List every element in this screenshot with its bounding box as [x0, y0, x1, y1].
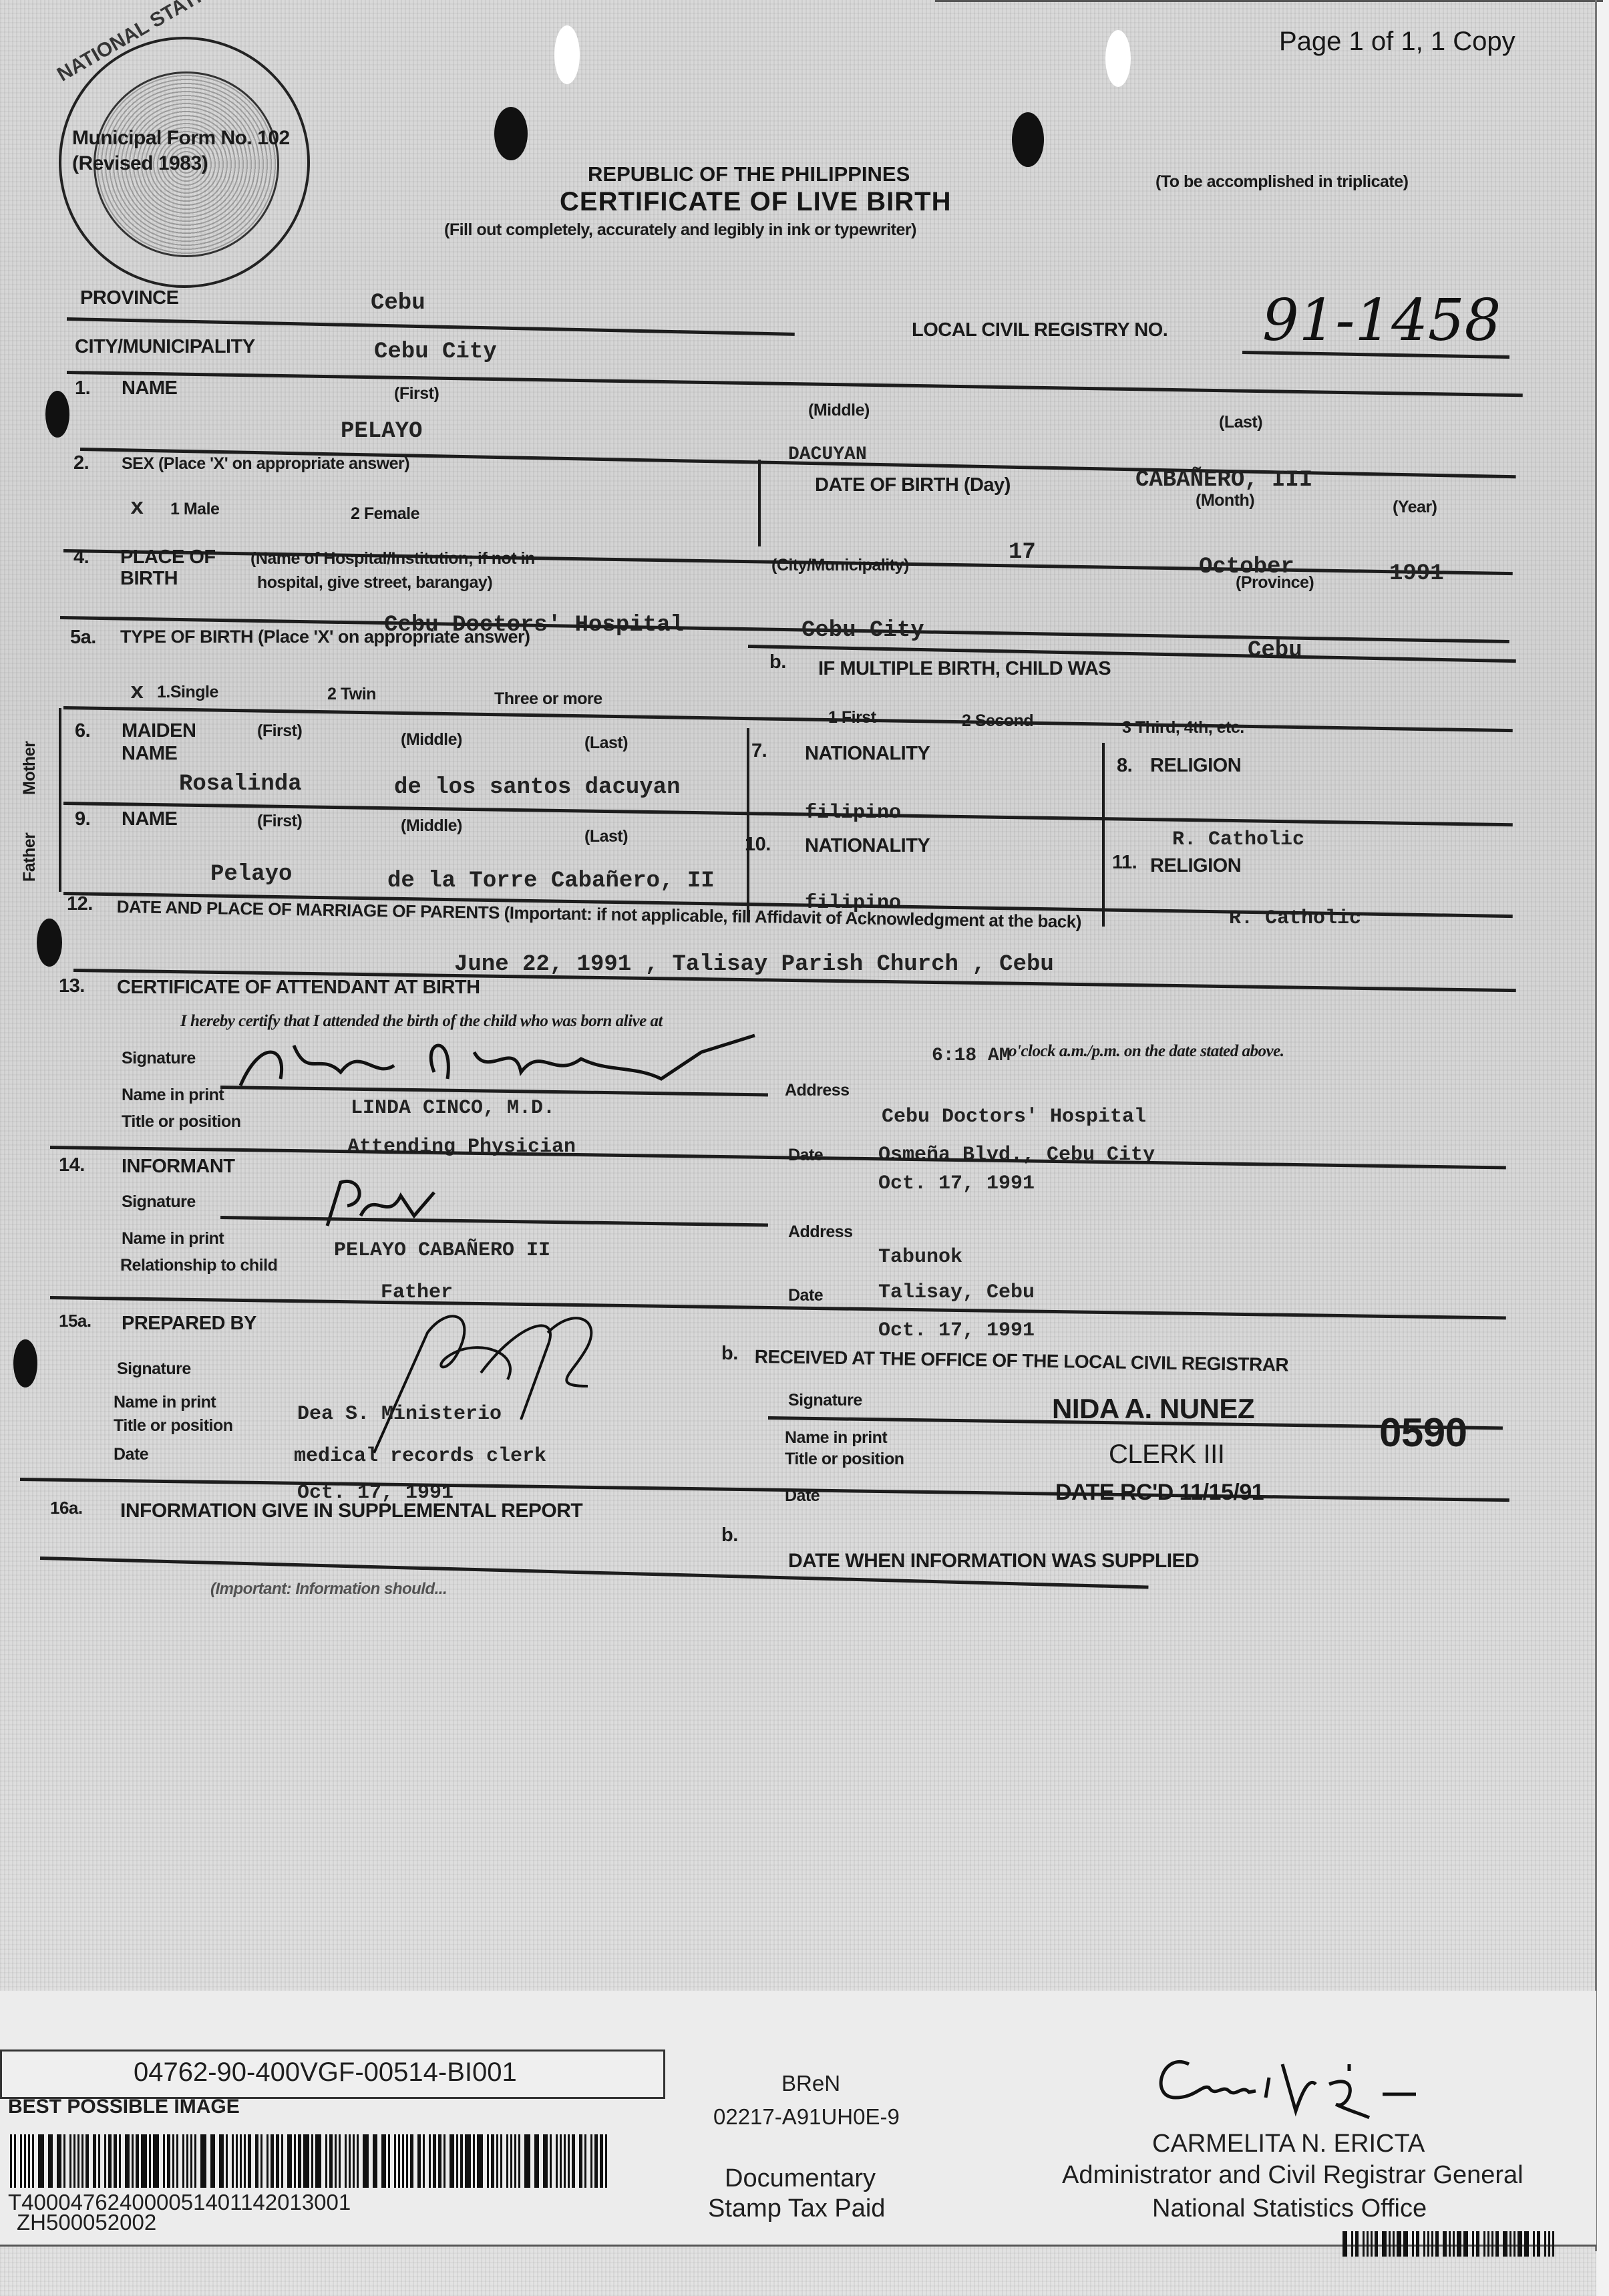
father-middle-label: (Middle): [401, 816, 462, 836]
informant-address-value-2: Talisay, Cebu: [878, 1281, 1035, 1304]
type-option-twin[interactable]: 2 Twin: [327, 685, 376, 704]
bren-value: 02217-A91UH0E-9: [713, 2104, 900, 2130]
binder-dot: [37, 919, 62, 967]
type-of-birth-label: TYPE OF BIRTH (Place 'X' on appropriate …: [120, 627, 530, 647]
city-label: CITY/MUNICIPALITY: [75, 336, 255, 358]
city-value: Cebu City: [374, 339, 497, 365]
prepared-name-value: Dea S. Ministerio: [297, 1403, 502, 1426]
informant-label: INFORMANT: [122, 1156, 234, 1178]
registry-label: LOCAL CIVIL REGISTRY NO.: [912, 319, 1168, 341]
binder-dot: [13, 1339, 37, 1387]
pob-hint-2: hospital, give street, barangay): [257, 573, 492, 593]
child-last-name: CABAÑERO, III: [1135, 468, 1312, 493]
pob-province-value: Cebu: [1248, 638, 1302, 663]
barcode-sub-number: ZH500052002: [17, 2210, 156, 2235]
received-date-label: Date: [785, 1486, 820, 1506]
registrar-general-signature: [1149, 2051, 1429, 2124]
child-name-label: NAME: [122, 377, 177, 399]
informant-name-value: PELAYO CABAÑERO II: [334, 1239, 550, 1262]
binder-dot: [45, 391, 69, 438]
document-code: 04762-90-400VGF-00514-BI001: [134, 2058, 517, 2088]
mother-first-name: Rosalinda: [179, 772, 302, 797]
father-nationality-label: NATIONALITY: [805, 835, 930, 857]
mother-side-label: Mother: [20, 742, 39, 795]
item-15a-number: 15a.: [59, 1311, 92, 1331]
father-last-label: (Last): [584, 827, 628, 846]
item-7-number: 7.: [751, 740, 767, 762]
received-title-label: Title or position: [785, 1450, 904, 1469]
item-2-number: 2.: [73, 452, 89, 474]
item-16a-number: 16a.: [50, 1498, 83, 1518]
sex-dob-divider: [758, 460, 761, 546]
dob-month-label: (Month): [1196, 491, 1254, 510]
item-14-number: 14.: [59, 1154, 85, 1176]
prepared-title-value: medical records clerk: [294, 1445, 546, 1468]
binder-dot: [494, 107, 528, 160]
security-barcode: [1343, 2231, 1556, 2257]
item-10-number: 10.: [745, 834, 771, 856]
informant-relationship-label: Relationship to child: [120, 1256, 277, 1275]
mother-religion-value: R. Catholic: [1172, 828, 1304, 851]
mother-first-label: (First): [257, 721, 302, 741]
province-label: PROVINCE: [80, 287, 178, 309]
dob-year-value: 1991: [1389, 561, 1444, 587]
supplemental-label: INFORMATION GIVE IN SUPPLEMENTAL REPORT: [120, 1500, 582, 1522]
punch-hole-left: [554, 25, 580, 84]
attendant-date-label: Date: [788, 1146, 823, 1165]
stamp-tax-line-1: Documentary: [725, 2164, 876, 2193]
father-name-label: NAME: [122, 808, 177, 830]
attendant-title-label: Title or position: [122, 1112, 241, 1132]
scan-edge-top: [935, 0, 1603, 2]
pob-city-label: (City/Municipality): [771, 556, 909, 575]
registry-number: 91-1458: [1262, 287, 1501, 354]
informant-date-value: Oct. 17, 1991: [878, 1319, 1035, 1342]
sex-male-mark[interactable]: x: [130, 496, 144, 521]
stamp-tax-line-2: Stamp Tax Paid: [708, 2194, 885, 2223]
child-last-label: (Last): [1219, 413, 1262, 432]
sex-option-female[interactable]: 2 Female: [351, 504, 419, 524]
birth-time-value: 6:18 AM: [932, 1045, 1011, 1066]
form-number: Municipal Form No. 102: [72, 127, 290, 150]
attendant-address-label: Address: [785, 1081, 850, 1100]
item-13-number: 13.: [59, 975, 85, 997]
mother-nationality-divider: [747, 728, 749, 922]
father-first-name: Pelayo: [210, 862, 292, 887]
binder-dot: [1012, 112, 1044, 167]
father-bracket: [59, 802, 61, 892]
informant-signature-label: Signature: [122, 1192, 196, 1212]
punch-hole-right: [1105, 30, 1131, 87]
attendant-certify-text: I hereby certify that I attended the bir…: [180, 1012, 663, 1031]
sex-label: SEX (Place 'X' on appropriate answer): [122, 454, 409, 474]
attendant-address-value-1: Cebu Doctors' Hospital: [882, 1106, 1146, 1128]
item-15b-number: b.: [721, 1343, 738, 1365]
registrar-stamp-number: 0590: [1379, 1410, 1467, 1456]
informant-address-label: Address: [788, 1222, 853, 1242]
prepared-signature-label: Signature: [117, 1359, 191, 1379]
scan-edge-right: [1595, 0, 1597, 2251]
mother-last-label: (Last): [584, 733, 628, 753]
mother-bracket: [59, 708, 61, 802]
item-16b-number: b.: [721, 1524, 738, 1546]
attendant-name-value: LINDA CINCO, M.D.: [351, 1097, 555, 1120]
best-possible-image: BEST POSSIBLE IMAGE: [8, 2096, 240, 2118]
province-value: Cebu: [371, 291, 425, 316]
father-first-label: (First): [257, 812, 302, 831]
pob-province-label: (Province): [1236, 573, 1314, 593]
item-4-number: 4.: [73, 546, 89, 568]
prepared-date-label: Date: [114, 1445, 148, 1464]
attendant-name-label: Name in print: [122, 1086, 224, 1105]
dob-year-label: (Year): [1393, 498, 1437, 517]
republic-heading: REPUBLIC OF THE PHILIPPINES: [588, 162, 910, 186]
received-title-value: CLERK III: [1109, 1440, 1224, 1470]
item-1-number: 1.: [75, 377, 90, 399]
attendant-label: CERTIFICATE OF ATTENDANT AT BIRTH: [117, 977, 480, 999]
father-religion-label: RELIGION: [1150, 855, 1241, 877]
informant-name-label: Name in print: [122, 1229, 224, 1249]
religion-divider: [1102, 743, 1105, 927]
certificate-title: CERTIFICATE OF LIVE BIRTH: [560, 187, 951, 217]
form-revised: (Revised 1983): [72, 152, 208, 175]
fill-instruction: (Fill out completely, accurately and leg…: [444, 220, 916, 240]
pob-label-1: PLACE OF: [120, 546, 216, 568]
registrar-general-name: CARMELITA N. ERICTA: [1152, 2130, 1425, 2158]
item-5b-number: b.: [769, 651, 786, 673]
pob-label-2: BIRTH: [120, 568, 178, 590]
mother-name-label-1: MAIDEN: [122, 720, 196, 742]
marriage-value: June 22, 1991 , Talisay Parish Church , …: [454, 952, 1054, 977]
child-middle-name: DACUYAN: [788, 444, 867, 465]
registrar-general-office: National Statistics Office: [1152, 2194, 1427, 2223]
page-info: Page 1 of 1, 1 Copy: [1279, 27, 1515, 57]
type-option-single[interactable]: 1.Single: [157, 683, 218, 702]
multiple-birth-label: IF MULTIPLE BIRTH, CHILD WAS: [818, 658, 1111, 680]
item-6-number: 6.: [75, 720, 90, 742]
informant-date-label: Date: [788, 1286, 823, 1305]
prepared-signature: [347, 1306, 641, 1460]
sex-option-male[interactable]: 1 Male: [170, 500, 219, 519]
father-middle-last-name: de la Torre Cabañero, II: [387, 868, 715, 894]
item-9-number: 9.: [75, 808, 90, 830]
child-first-name: PELAYO: [341, 419, 422, 444]
received-signature-label: Signature: [788, 1391, 862, 1410]
pob-hint-1: (Name of Hospital/Institution; if not in: [250, 549, 535, 568]
received-name-label: Name in print: [785, 1428, 887, 1448]
triplicate-note: (To be accomplished in triplicate): [1155, 172, 1408, 192]
mother-middle-last-name: de los santos dacuyan: [394, 775, 680, 800]
item-12-number: 12.: [67, 893, 93, 915]
document-barcode: [10, 2134, 611, 2188]
item-11-number: 11.: [1112, 852, 1137, 874]
type-option-three[interactable]: Three or more: [494, 689, 602, 709]
prepared-by-label: PREPARED BY: [122, 1313, 256, 1335]
bren-label: BReN: [781, 2071, 840, 2096]
item-5a-number: 5a.: [70, 627, 96, 649]
child-middle-label: (Middle): [808, 401, 870, 420]
mother-religion-label: RELIGION: [1150, 755, 1241, 777]
attendant-signature-label: Signature: [122, 1049, 196, 1068]
supplemental-date-label: DATE WHEN INFORMATION WAS SUPPLIED: [788, 1550, 1199, 1573]
mother-name-label-2: NAME: [122, 743, 177, 765]
mother-middle-label: (Middle): [401, 730, 462, 750]
registrar-general-title: Administrator and Civil Registrar Genera…: [1062, 2161, 1524, 2190]
multi-option-third[interactable]: 3 Third, 4th, etc.: [1122, 718, 1244, 737]
dob-day-value: 17: [1009, 540, 1036, 565]
received-date-value: DATE RC'D 11/15/91: [1055, 1480, 1264, 1506]
prepared-name-label: Name in print: [114, 1393, 216, 1412]
item-8-number: 8.: [1117, 755, 1132, 777]
informant-address-value-1: Tabunok: [878, 1246, 962, 1269]
attendant-signature: [234, 1032, 781, 1092]
child-first-label: (First): [394, 384, 439, 403]
father-side-label: Father: [20, 833, 39, 882]
pob-city-value: Cebu City: [801, 618, 924, 643]
attendant-date-value: Oct. 17, 1991: [878, 1172, 1035, 1195]
type-single-mark[interactable]: x: [130, 680, 144, 705]
prepared-title-label: Title or position: [114, 1416, 233, 1436]
mother-nationality-label: NATIONALITY: [805, 743, 930, 765]
important-note: (Important: Information should...: [210, 1580, 447, 1599]
dob-label: DATE OF BIRTH (Day): [815, 474, 1011, 496]
attendant-certify-text-2: o'clock a.m./p.m. on the date stated abo…: [1009, 1042, 1284, 1061]
